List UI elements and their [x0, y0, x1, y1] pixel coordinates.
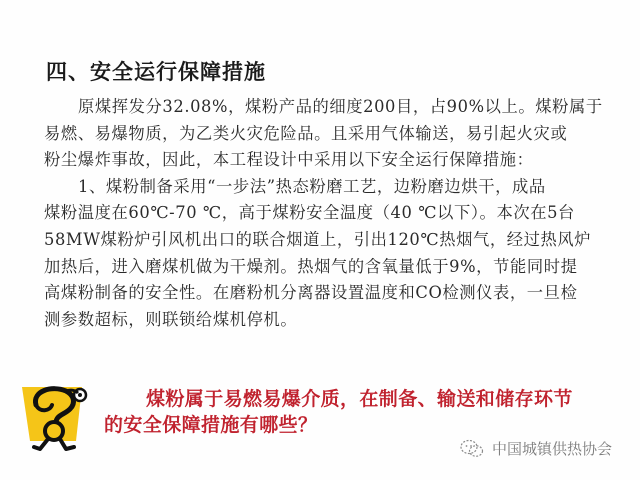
paragraph-line: 易燃、易爆物质，为乙类火灾危险品。且采用气体输送，易引起火灾或 [44, 121, 604, 148]
paragraph-line: 煤粉温度在60℃-70 ℃，高于煤粉安全温度（40 ℃以下）。本次在5台 [44, 200, 604, 227]
body-paragraphs: 原煤挥发分32.08%，煤粉产品的细度200目，占90%以上。煤粉属于 易燃、易… [44, 94, 604, 333]
discussion-question: 煤粉属于易燃易爆介质，在制备、输送和储存环节 的安全保障措施有哪些？ [104, 386, 573, 438]
question-mark-mascot-icon [22, 383, 90, 455]
paragraph-line: 加热后，进入磨煤机做为干燥剂。热烟气的含氧量低于9%，节能同时提 [44, 254, 604, 281]
question-line-2: 的安全保障措施有哪些？ [104, 412, 573, 438]
paragraph-line: 58MW煤粉炉引风机出口的联合烟道上，引出120℃热烟气，经过热风炉 [44, 227, 604, 254]
wechat-icon [460, 439, 484, 459]
paragraph-line: 高煤粉制备的安全性。在磨粉机分离器设置温度和CO检测仪表，一旦检 [44, 280, 604, 307]
wechat-watermark: 中国城镇供热协会 [460, 438, 612, 459]
document-page: 四、安全运行保障措施 原煤挥发分32.08%，煤粉产品的细度200目，占90%以… [0, 0, 640, 480]
section-heading: 四、安全运行保障措施 [46, 56, 266, 86]
paragraph-line: 测参数超标，则联锁给煤机停机。 [44, 307, 604, 334]
paragraph-line: 原煤挥发分32.08%，煤粉产品的细度200目，占90%以上。煤粉属于 [44, 94, 604, 121]
question-line-1: 煤粉属于易燃易爆介质，在制备、输送和储存环节 [104, 386, 573, 412]
paragraph-line: 1、煤粉制备采用“一步法”热态粉磨工艺，边粉磨边烘干，成品 [44, 174, 604, 201]
watermark-text: 中国城镇供热协会 [492, 438, 612, 459]
paragraph-line: 粉尘爆炸事故，因此，本工程设计中采用以下安全运行保障措施： [44, 147, 604, 174]
